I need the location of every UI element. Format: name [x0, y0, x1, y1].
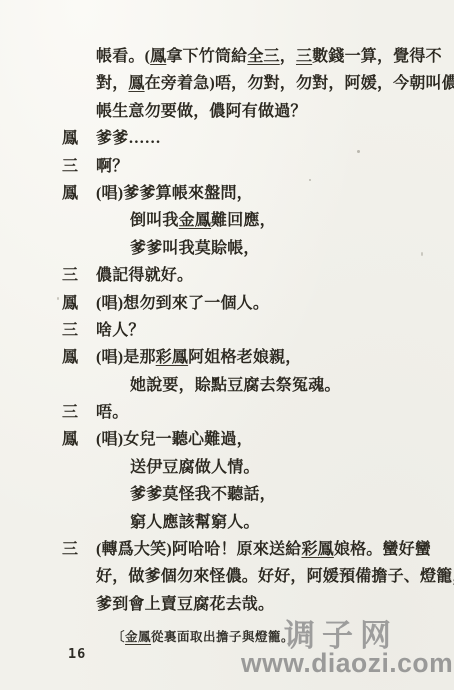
line-text: 窮人應該幫窮人。 — [130, 514, 260, 531]
line-text: 爹爹…… — [96, 130, 161, 147]
speaker-label: 三 — [62, 153, 96, 180]
script-line: 鳳爹爹…… — [62, 125, 414, 152]
speaker-label: 三 — [62, 536, 96, 563]
line-text: 爹爹叫我莫賒帳， — [130, 240, 260, 257]
speaker-label: 鳳 — [62, 344, 96, 371]
watermark-site-url: www.diaozi.com — [241, 648, 453, 679]
script-line: 帳看。(鳳拿下竹筒給全三，三數錢一算，覺得不 — [62, 43, 414, 70]
script-line: 帳生意勿要做，儂阿有做過？ — [62, 98, 414, 125]
script-line: 倒叫我金鳳難回應， — [62, 207, 414, 234]
ink-speck — [57, 297, 59, 300]
script-text-block: 帳看。(鳳拿下竹筒給全三，三數錢一算，覺得不 對，鳳在旁着急)唔，勿對，勿對，阿… — [62, 43, 414, 649]
page-number: 16 — [68, 646, 86, 662]
speaker-label: 三 — [62, 262, 96, 289]
line-text: 對，鳳在旁着急)唔，勿對，勿對，阿媛，今朝叫儂欠 — [96, 75, 454, 92]
speaker-label: 三 — [62, 399, 96, 426]
script-line: 三(轉爲大笑)阿哈哈！原來送給彩鳳娘格。蠻好蠻 — [62, 536, 414, 563]
speaker-label: 鳳 — [62, 180, 96, 207]
ink-speck — [357, 150, 360, 153]
script-line: 爹爹叫我莫賒帳， — [62, 235, 414, 262]
line-text: (唱)爹爹算帳來盤問， — [96, 185, 253, 202]
line-text: 爹到會上賣豆腐花去哉。 — [96, 596, 274, 613]
speaker-label: 鳳 — [62, 290, 96, 317]
line-text: 帳生意勿要做，儂阿有做過？ — [96, 103, 307, 120]
line-text: (唱)想勿到來了一個人。 — [96, 295, 269, 312]
line-text: 爹爹莫怪我不聽話， — [130, 486, 276, 503]
script-line: 鳳(唱)是那彩鳳阿姐格老娘親， — [62, 344, 414, 371]
line-text: (唱)是那彩鳳阿姐格老娘親， — [96, 349, 301, 366]
line-text: (轉爲大笑)阿哈哈！原來送給彩鳳娘格。蠻好蠻 — [96, 541, 431, 558]
line-text: 帳看。(鳳拿下竹筒給全三，三數錢一算，覺得不 — [96, 48, 442, 65]
line-text: 倒叫我金鳳難回應， — [130, 212, 276, 229]
script-line: 三儂記得就好。 — [62, 262, 414, 289]
script-line: 好，做爹個勿來怪儂。好好，阿媛預備擔子、燈籠，做 — [62, 563, 414, 590]
line-text: 好，做爹個勿來怪儂。好好，阿媛預備擔子、燈籠，做 — [96, 568, 454, 585]
ink-speck — [421, 252, 423, 256]
line-text: 儂記得就好。 — [96, 267, 193, 284]
script-line: 窮人應該幫窮人。 — [62, 509, 414, 536]
speaker-label: 鳳 — [62, 426, 96, 453]
line-text: (唱)女兒一聽心難過， — [96, 431, 253, 448]
script-line: 鳳(唱)想勿到來了一個人。 — [62, 290, 414, 317]
script-line: 送伊豆腐做人情。 — [62, 454, 414, 481]
line-text: 唔。 — [96, 404, 128, 421]
script-line: 爹爹莫怪我不聽話， — [62, 481, 414, 508]
script-line: 鳳(唱)女兒一聽心難過， — [62, 426, 414, 453]
line-text: 〔金鳳從裏面取出擔子與燈籠。 — [112, 630, 294, 644]
script-line: 她說要，賒點豆腐去祭冤魂。 — [62, 372, 414, 399]
speaker-label: 鳳 — [62, 125, 96, 152]
script-line: 三啊？ — [62, 153, 414, 180]
script-line: 對，鳳在旁着急)唔，勿對，勿對，阿媛，今朝叫儂欠 — [62, 70, 414, 97]
scanned-book-page: 帳看。(鳳拿下竹筒給全三，三數錢一算，覺得不 對，鳳在旁着急)唔，勿對，勿對，阿… — [0, 0, 454, 690]
script-line: 鳳(唱)爹爹算帳來盤問， — [62, 180, 414, 207]
line-text: 送伊豆腐做人情。 — [130, 459, 260, 476]
line-text: 啥人？ — [96, 322, 145, 339]
script-line: 三啥人？ — [62, 317, 414, 344]
script-line: 三唔。 — [62, 399, 414, 426]
speaker-label: 三 — [62, 317, 96, 344]
line-text: 她說要，賒點豆腐去祭冤魂。 — [130, 377, 341, 394]
ink-speck — [309, 179, 311, 181]
line-text: 啊？ — [96, 158, 128, 175]
